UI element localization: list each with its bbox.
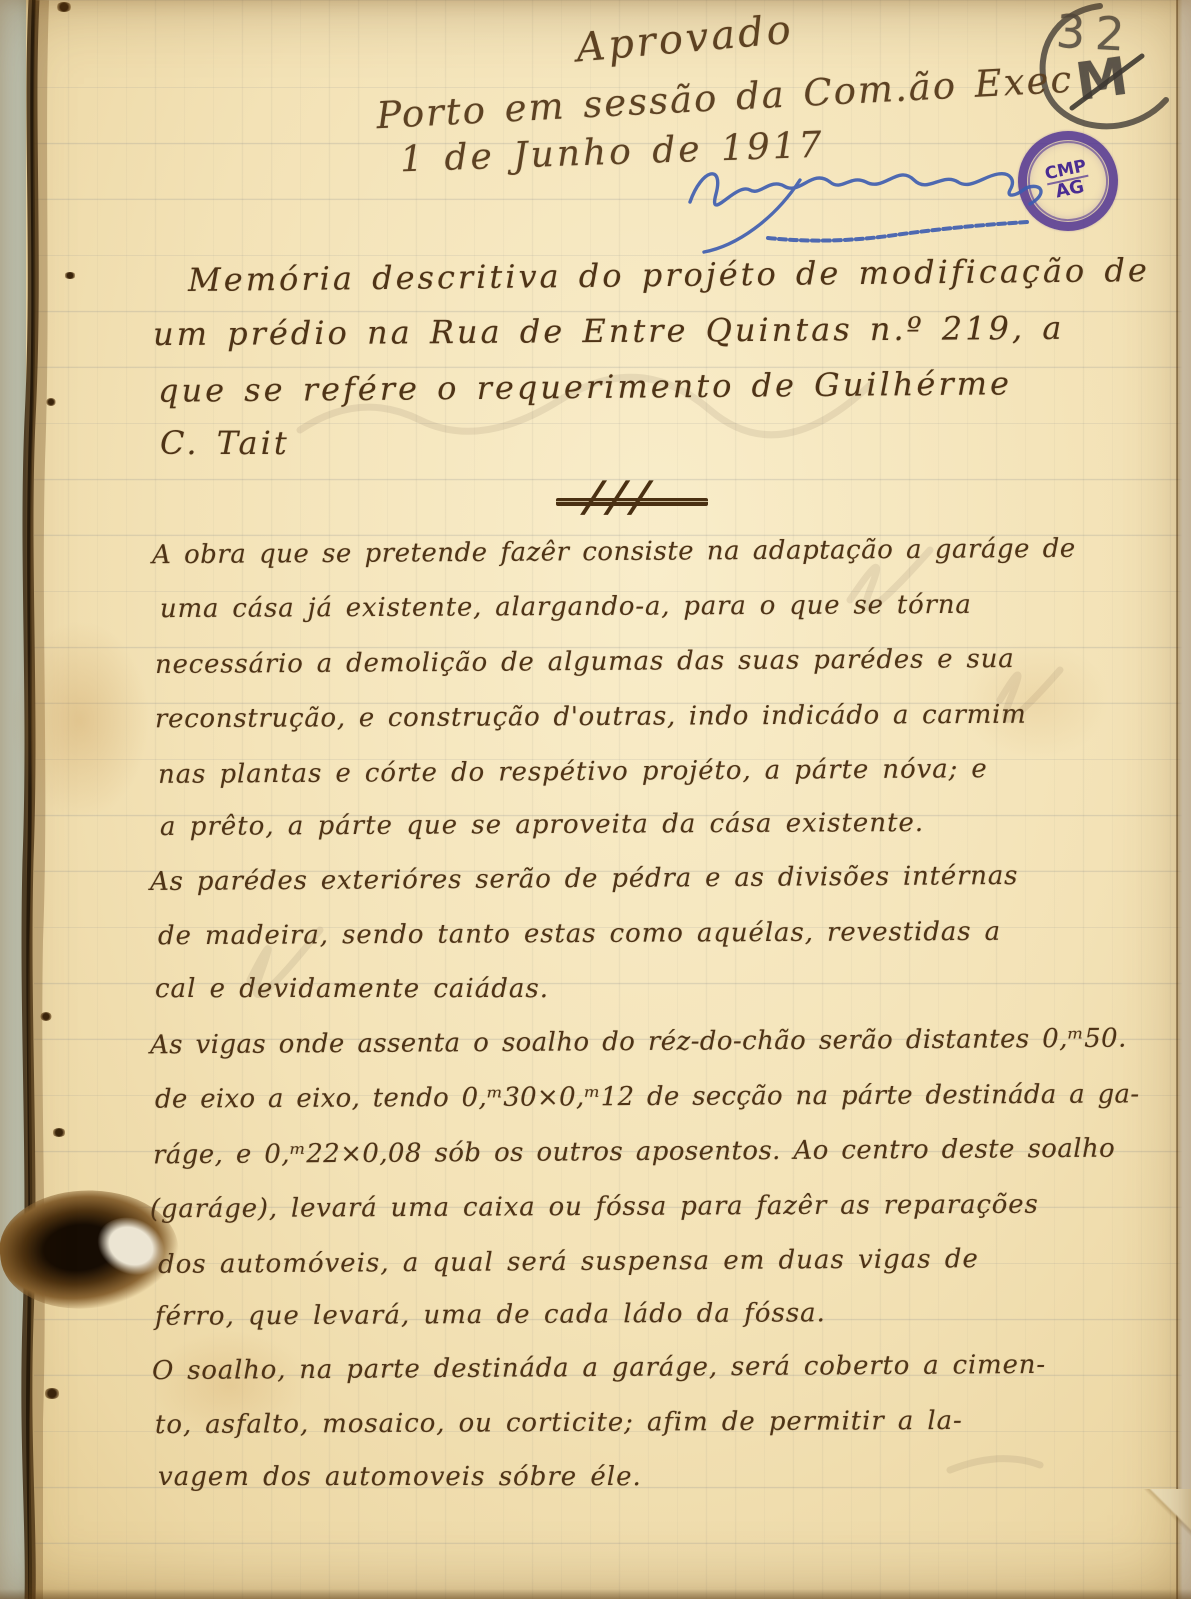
- manuscript-page: 32 M CMP AG Aprovado Porto em sessão da …: [0, 0, 1191, 1599]
- body-line: de madeira, sendo tanto estas como aquél…: [158, 917, 1001, 951]
- bottom-edge-shadow: [0, 1589, 1191, 1599]
- body-line: férro, que levará, uma de cada ládo da f…: [155, 1298, 826, 1332]
- body-line: dos automóveis, a qual será suspensa em …: [158, 1244, 979, 1280]
- body-line: necessário a demolição de algumas das su…: [155, 644, 1015, 680]
- book-binding-crease-icon: [0, 0, 60, 1599]
- worm-speck: [40, 1012, 52, 1021]
- body-line: nas plantas e córte do respétivo projéto…: [158, 754, 988, 790]
- body-line: reconstrução, e construção d'outras, ind…: [155, 700, 1027, 735]
- body-line: As parédes exterióres serão de pédra e a…: [150, 861, 1018, 897]
- doc-title-line: C. Tait: [160, 424, 290, 462]
- body-line: vagem dos automoveis sóbre éle.: [158, 1462, 642, 1492]
- body-line: O soalho, na parte destináda a garáge, s…: [152, 1350, 1046, 1386]
- page-right-edge-line: [1176, 0, 1178, 1599]
- body-line: uma cása já existente, alargando-a, para…: [160, 590, 972, 624]
- worm-speck: [44, 1388, 60, 1399]
- worm-speck: [56, 2, 72, 12]
- body-line: cal e devidamente caiádas.: [155, 974, 549, 1004]
- doc-title-line: um prédio na Rua de Entre Quintas n.º 21…: [153, 309, 1065, 353]
- body-line: de eixo a eixo, tendo 0,ᵐ30×0,ᵐ12 de sec…: [155, 1079, 1140, 1114]
- corner-fold: [1111, 1489, 1191, 1599]
- section-divider-slashes: ///: [583, 472, 660, 521]
- worm-speck: [64, 272, 76, 279]
- page-right-edge: [1177, 0, 1191, 1599]
- body-line: a prêto, a párte que se aproveita da cás…: [160, 808, 924, 842]
- worm-speck: [52, 1128, 66, 1137]
- body-line: to, asfalto, mosaico, ou corticite; afim…: [155, 1406, 963, 1440]
- doc-title-line: que se refére o requerimento de Guilhérm…: [158, 364, 1012, 409]
- worm-speck: [46, 398, 56, 406]
- body-line: (garáge), levará uma caixa ou fóssa para…: [150, 1190, 1039, 1225]
- blue-ink-signature-icon: [650, 138, 1080, 268]
